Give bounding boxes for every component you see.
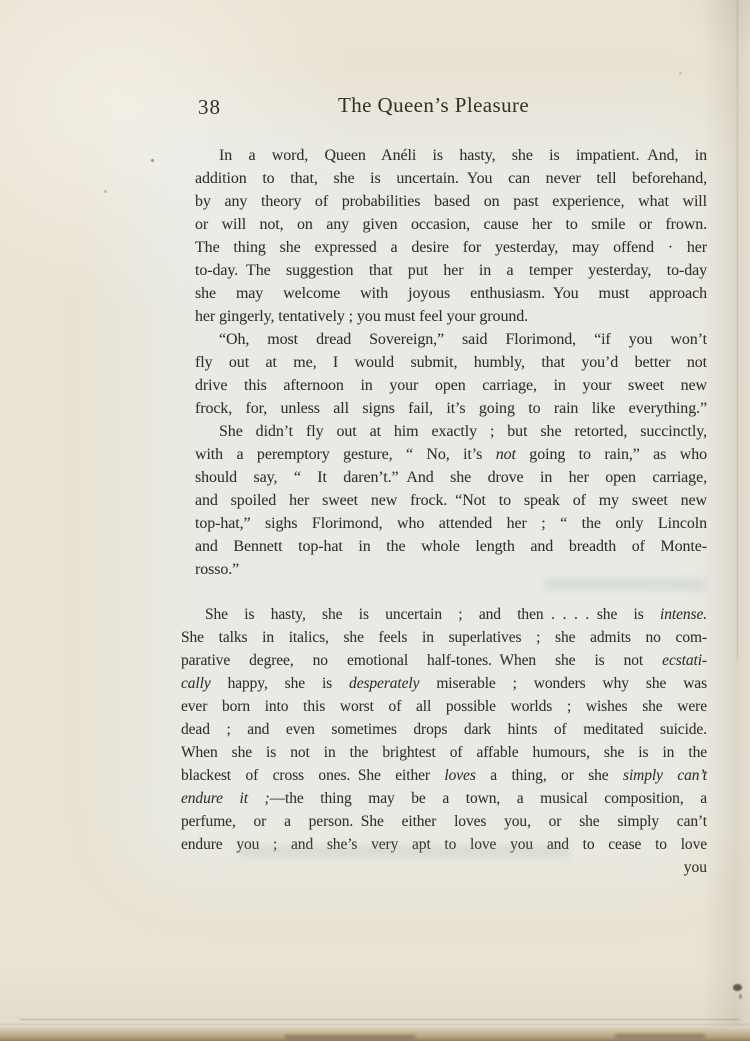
text-run: She talks in italics, she feels in super… [181,629,707,646]
text-run: parative degree, no emotional half-tones… [181,652,662,669]
text-line: perfume, or a person. She either loves y… [181,810,707,833]
text-run: happy, she is [211,675,349,692]
italic-run: cally [181,675,211,692]
text-line: drive this afternoon in your open carria… [195,374,707,397]
text-run: perfume, or a person. She either loves y… [181,813,707,830]
text-run: —the thing may be a town, a musical comp… [270,790,707,807]
paper-speck [679,72,682,75]
text-line: her gingerly, tentatively ; you must fee… [195,305,707,328]
text-line: dead ; and even sometimes drops dark hin… [181,718,707,741]
italic-run: desperately [349,675,419,692]
text-run: top-hat,” sighs Florimond, who attended … [195,515,707,532]
text-run: by any theory of probabilities based on … [195,193,707,210]
text-line: “Oh, most dread Sovereign,” said Florimo… [195,328,707,351]
paragraph: In a word, Queen Anéli is hasty, she is … [195,144,707,328]
text-line: The thing she expressed a desire for yes… [195,236,707,259]
text-line: cally happy, she is desperately miserabl… [181,672,707,695]
text-run: she may welcome with joyous enthusiasm. … [195,285,707,302]
italic-run: loves [444,767,475,784]
text-run: fly out at me, I would submit, humbly, t… [195,354,707,371]
paragraph: She is hasty, she is uncertain ; and the… [181,603,707,856]
text-run: her gingerly, tentatively ; you must fee… [195,308,528,325]
text-line: and spoiled her sweet new frock. “Not to… [195,489,707,512]
edge-shadow [285,1035,415,1039]
paper-speck [151,159,154,162]
paragraph: She didn’t fly out at him exactly ; but … [195,420,707,581]
section-1: In a word, Queen Anéli is hasty, she is … [195,144,707,581]
gutter-shadow-line [737,0,738,660]
ink-smudge [739,994,742,999]
text-run: with a peremptory gesture, “ No, it’s [195,446,496,463]
italic-run: simply can’t [623,767,707,784]
text-line: to-day. The suggestion that put her in a… [195,259,707,282]
ink-smudge [733,984,742,991]
text-run: addition to that, she is uncertain. You … [195,170,707,187]
text-run: and Bennett top-hat in the whole length … [195,538,707,555]
catchword: you [181,856,707,879]
showthrough-ghost [240,846,570,857]
section-2: She is hasty, she is uncertain ; and the… [181,603,707,879]
text-line: should say, “ It daren’t.” And she drove… [195,466,707,489]
text-line: She talks in italics, she feels in super… [181,626,707,649]
text-run: going to rain,” as who [516,446,707,463]
paragraph: “Oh, most dread Sovereign,” said Florimo… [195,328,707,420]
text-line: with a peremptory gesture, “ No, it’s no… [195,443,707,466]
text-line: She is hasty, she is uncertain ; and the… [181,603,707,626]
text-run: “Oh, most dread Sovereign,” said Florimo… [219,331,707,348]
text-run: rosso.” [195,561,239,578]
italic-run: not [496,446,516,463]
italic-run: intense. [660,606,707,623]
text-line: or will not, on any given occasion, caus… [195,213,707,236]
text-line: blackest of cross ones. She either loves… [181,764,707,787]
text-run: frock, for, unless all signs fail, it’s … [195,400,707,417]
text-line: top-hat,” sighs Florimond, who attended … [195,512,707,535]
text-line: addition to that, she is uncertain. You … [195,167,707,190]
book-edge-strip [0,1027,750,1041]
text-line: In a word, Queen Anéli is hasty, she is … [195,144,707,167]
text-run: dead ; and even sometimes drops dark hin… [181,721,707,738]
text-line: When she is not in the brightest of affa… [181,741,707,764]
text-line: She didn’t fly out at him exactly ; but … [195,420,707,443]
paper-speck [104,190,107,193]
page-number: 38 [198,95,221,120]
text-line: she may welcome with joyous enthusiasm. … [195,282,707,305]
text-run: to-day. The suggestion that put her in a… [195,262,707,279]
edge-shadow [615,1034,705,1038]
text-line: frock, for, unless all signs fail, it’s … [195,397,707,420]
text-line: ever born into this worst of all possibl… [181,695,707,718]
page-crease [0,1024,750,1025]
text-line: and Bennett top-hat in the whole length … [195,535,707,558]
text-run: or will not, on any given occasion, caus… [195,216,707,233]
book-page: 38 The Queen’s Pleasure In a word, Queen… [0,0,750,1041]
italic-run: ecstati- [662,652,707,669]
text-run: and spoiled her sweet new frock. “Not to… [195,492,707,509]
italic-run: endure it ; [181,790,270,807]
text-area: In a word, Queen Anéli is hasty, she is … [0,144,750,879]
text-run: should say, “ It daren’t.” And she drove… [195,469,707,486]
page-crease [20,1019,740,1020]
text-run: In a word, Queen Anéli is hasty, she is … [219,147,707,164]
text-line: endure it ;—the thing may be a town, a m… [181,787,707,810]
text-run: She is hasty, she is uncertain ; and the… [205,606,660,623]
text-run: When she is not in the brightest of affa… [181,744,707,761]
text-run: The thing she expressed a desire for yes… [195,239,707,256]
showthrough-ghost [545,578,705,591]
text-run: drive this afternoon in your open carria… [195,377,707,394]
text-run: ever born into this worst of all possibl… [181,698,707,715]
text-run: a thing, or she [476,767,623,784]
text-line: fly out at me, I would submit, humbly, t… [195,351,707,374]
running-title: The Queen’s Pleasure [338,93,529,118]
text-run: miserable ; wonders why she was [419,675,707,692]
text-line: parative degree, no emotional half-tones… [181,649,707,672]
text-line: by any theory of probabilities based on … [195,190,707,213]
text-run: blackest of cross ones. She either [181,767,444,784]
text-run: She didn’t fly out at him exactly ; but … [219,423,707,440]
